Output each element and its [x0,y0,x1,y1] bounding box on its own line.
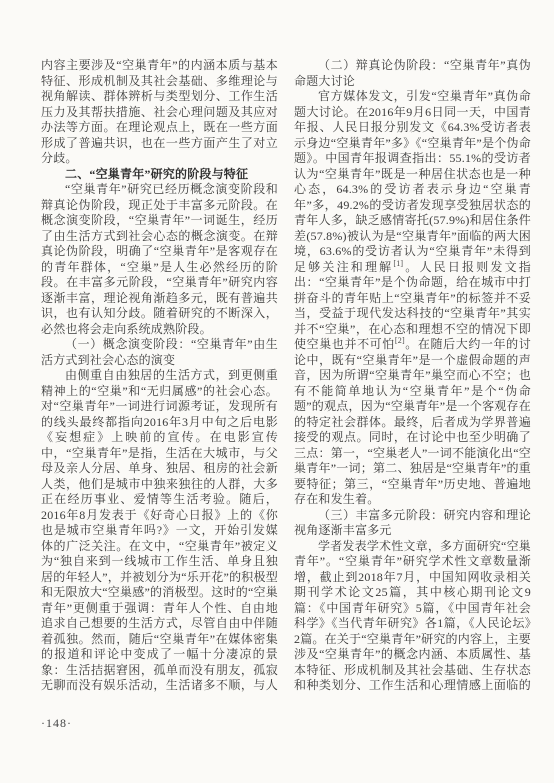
page-footer: ·148· [41,716,531,731]
subsection-heading-3: （三）丰富多元阶段：研究内容和理论视角逐渐丰富多元 [294,508,531,539]
paragraph-stage1: 由侧重自由独居的生活方式，到更侧重精神上的“空巢”和“无归属感”的社会心态。对“… [41,368,278,692]
right-column: （二）辩真论伪阶段：“空巢青年”真伪命题大讨论 官方媒体发文，引发“空巢青年”真… [294,58,531,692]
left-column: 内容主要涉及“空巢青年”的内涵本质与基本特征、形成机制及其社会基础、多维理论与视… [41,58,278,692]
two-column-layout: 内容主要涉及“空巢青年”的内涵本质与基本特征、形成机制及其社会基础、多维理论与视… [41,58,531,692]
paragraph-stage2: 官方媒体发文，引发“空巢青年”真伪命题大讨论。在2016年9月6日同一天，中国青… [294,89,531,508]
reference-mark-2: [2] [395,336,405,345]
stage2-text-part1: 官方媒体发文，引发“空巢青年”真伪命题大讨论。在2016年9月6日同一天，中国青… [294,89,531,274]
reference-mark-1: [1] [393,259,403,268]
page-number: ·148· [41,716,72,730]
paragraph-overview: “空巢青年”研究已经历概念演变阶段和辩真论伪阶段，现正处于丰富多元阶段。在概念演… [41,182,278,337]
paragraph-stage3: 学者发表学术性文章，多方面研究“空巢青年”。“空巢青年”研究学术性文章数量渐增，… [294,539,531,693]
section-heading: 二、“空巢青年”研究的阶段与特征 [41,167,278,183]
paragraph-continuation: 内容主要涉及“空巢青年”的内涵本质与基本特征、形成机制及其社会基础、多维理论与视… [41,58,278,167]
stage2-text-part3: 。在随后大约一年的讨论中，既有“空巢青年”是一个虚假命题的声音，因为所谓“空巢青… [294,337,531,506]
journal-page: 内容主要涉及“空巢青年”的内涵本质与基本特征、形成机制及其社会基础、多维理论与视… [0,0,554,783]
subsection-heading-2: （二）辩真论伪阶段：“空巢青年”真伪命题大讨论 [294,58,531,89]
subsection-heading-1: （一）概念演变阶段：“空巢青年”由生活方式到社会心态的演变 [41,337,278,368]
